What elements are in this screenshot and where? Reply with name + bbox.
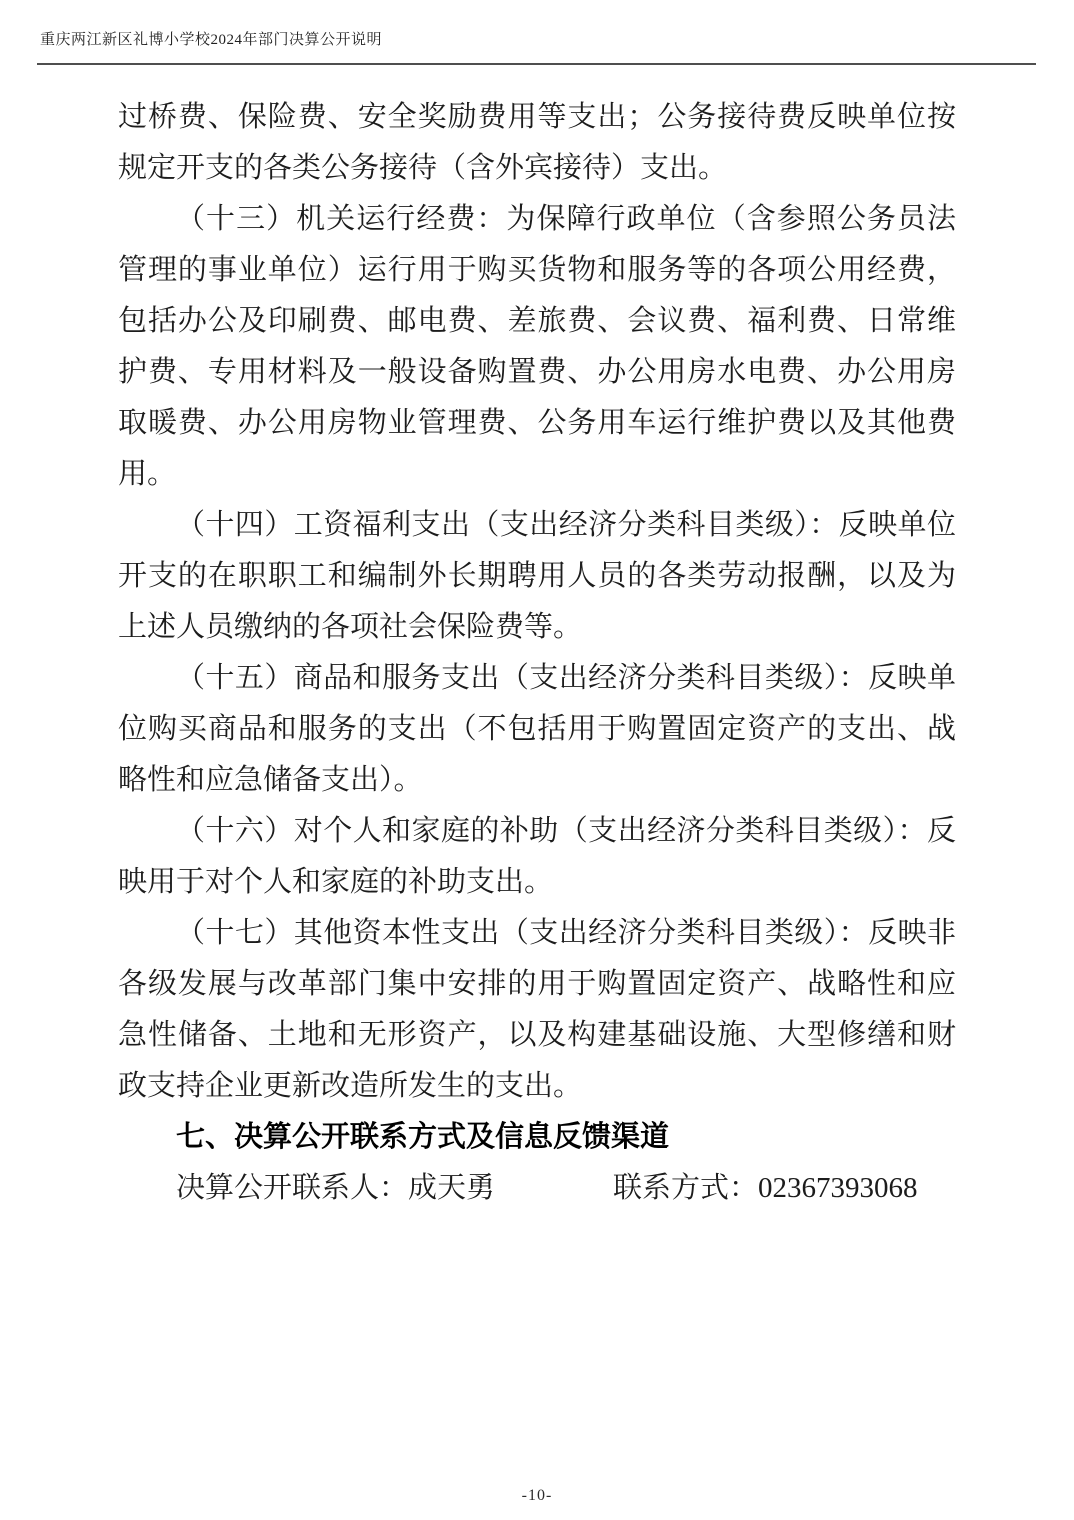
- contact-method-value: 02367393068: [758, 1172, 918, 1204]
- contact-line: 决算公开联系人：成天勇联系方式：02367393068: [118, 1163, 956, 1214]
- paragraph-item-16: （十六）对个人和家庭的补助（支出经济分类科目类级）：反映用于对个人和家庭的补助支…: [118, 806, 956, 908]
- document-body: 过桥费、保险费、安全奖励费用等支出；公务接待费反映单位按规定开支的各类公务接待（…: [118, 92, 956, 1214]
- document-page: 重庆两江新区礼博小学校2024年部门决算公开说明 过桥费、保险费、安全奖励费用等…: [0, 0, 1074, 1520]
- contact-person-name: 成天勇: [408, 1172, 495, 1204]
- section-heading: 七、决算公开联系方式及信息反馈渠道: [118, 1112, 956, 1163]
- contact-method-label: 联系方式：: [613, 1172, 758, 1204]
- paragraph-continuation: 过桥费、保险费、安全奖励费用等支出；公务接待费反映单位按规定开支的各类公务接待（…: [118, 92, 956, 194]
- page-footer: -10-: [0, 1486, 1074, 1506]
- paragraph-item-14: （十四）工资福利支出（支出经济分类科目类级）：反映单位开支的在职职工和编制外长期…: [118, 500, 956, 653]
- paragraph-item-13: （十三）机关运行经费：为保障行政单位（含参照公务员法管理的事业单位）运行用于购买…: [118, 194, 956, 500]
- contact-person-label: 决算公开联系人：: [176, 1172, 408, 1204]
- page-number: -10-: [522, 1487, 553, 1504]
- page-header: 重庆两江新区礼博小学校2024年部门决算公开说明: [37, 30, 1036, 65]
- paragraph-item-15: （十五）商品和服务支出（支出经济分类科目类级）：反映单位购买商品和服务的支出（不…: [118, 653, 956, 806]
- header-title: 重庆两江新区礼博小学校2024年部门决算公开说明: [37, 30, 1036, 50]
- paragraph-item-17: （十七）其他资本性支出（支出经济分类科目类级）：反映非各级发展与改革部门集中安排…: [118, 908, 956, 1112]
